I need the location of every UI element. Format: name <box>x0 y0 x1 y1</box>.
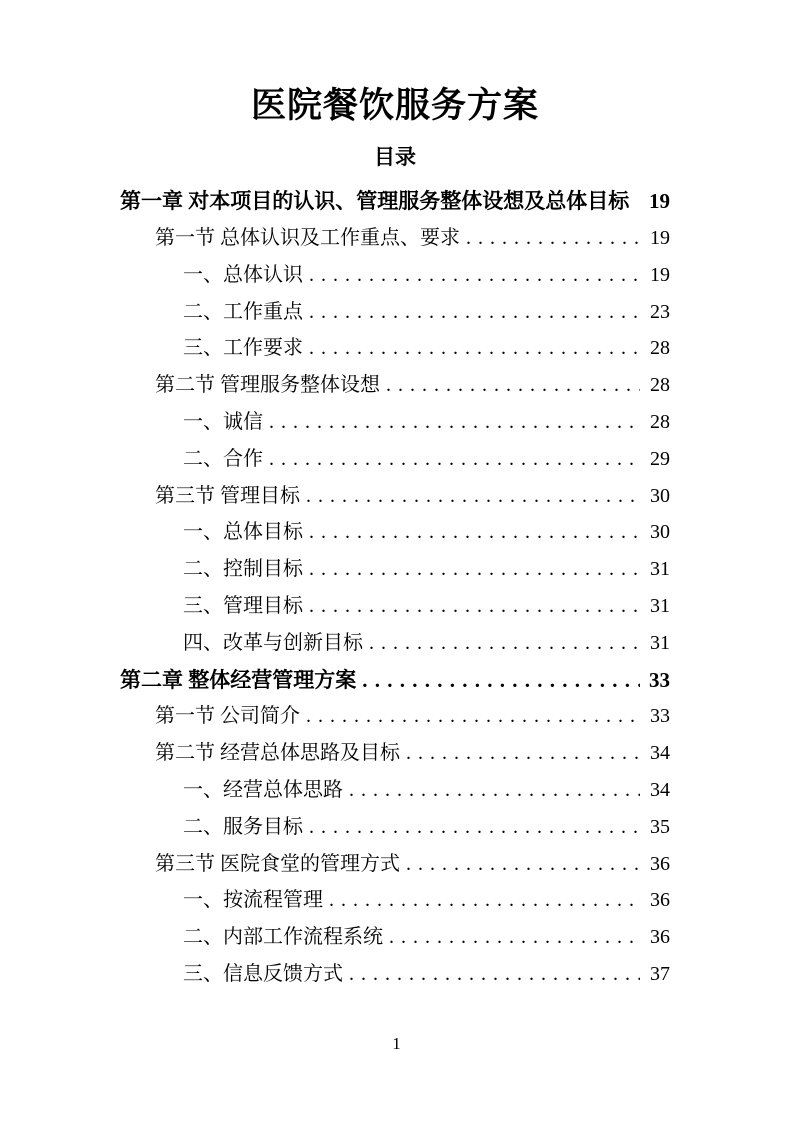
document-page: 医院餐饮服务方案 目录 第一章 对本项目的认识、管理服务整体设想及总体目标 19… <box>0 0 793 1122</box>
toc-row[interactable]: 二、内部工作流程系统 36 <box>120 919 670 956</box>
toc-entry-label: 二、工作重点 <box>183 294 303 331</box>
toc-row[interactable]: 一、总体目标 30 <box>120 514 670 551</box>
toc-dot-leader <box>269 441 640 478</box>
toc-row[interactable]: 二、服务目标 35 <box>120 809 670 846</box>
toc-row[interactable]: 第三节 医院食堂的管理方式 36 <box>120 846 670 883</box>
toc-row[interactable]: 一、按流程管理 36 <box>120 882 670 919</box>
toc-page-number: 36 <box>646 846 670 883</box>
toc-page-number: 33 <box>646 662 670 699</box>
toc-page-number: 29 <box>646 441 670 478</box>
toc-page-number: 19 <box>646 220 670 257</box>
toc-row[interactable]: 三、管理目标 31 <box>120 588 670 625</box>
toc-dot-leader <box>362 662 640 699</box>
toc-entry-label: 第三节 医院食堂的管理方式 <box>155 846 400 883</box>
toc-page-number: 19 <box>646 257 670 294</box>
toc-row[interactable]: 一、经营总体思路 34 <box>120 772 670 809</box>
toc-row[interactable]: 第二章 整体经营管理方案 33 <box>120 662 670 699</box>
toc-dot-leader <box>369 625 640 662</box>
toc-row[interactable]: 一、诚信 28 <box>120 404 670 441</box>
toc-row[interactable]: 第二节 管理服务整体设想 28 <box>120 367 670 404</box>
toc-page-number: 34 <box>646 772 670 809</box>
toc-entry-label: 三、信息反馈方式 <box>183 956 343 993</box>
toc-entry-label: 一、总体认识 <box>183 257 303 294</box>
toc-dot-leader <box>309 257 640 294</box>
table-of-contents: 第一章 对本项目的认识、管理服务整体设想及总体目标 19 第一节 总体认识及工作… <box>120 183 670 993</box>
toc-row[interactable]: 第三节 管理目标 30 <box>120 478 670 515</box>
toc-dot-leader <box>309 330 640 367</box>
toc-dot-leader <box>349 956 640 993</box>
toc-dot-leader <box>309 809 640 846</box>
toc-dot-leader <box>309 294 640 331</box>
toc-entry-label: 一、总体目标 <box>183 514 303 551</box>
toc-page-number: 31 <box>646 588 670 625</box>
toc-entry-label: 一、经营总体思路 <box>183 772 343 809</box>
toc-dot-leader <box>389 919 640 956</box>
toc-page-number: 36 <box>646 919 670 956</box>
footer-page-number: 1 <box>0 1034 793 1054</box>
toc-dot-leader <box>466 220 640 257</box>
toc-dot-leader <box>309 551 640 588</box>
toc-page-number: 28 <box>646 367 670 404</box>
toc-row[interactable]: 第一节 总体认识及工作重点、要求 19 <box>120 220 670 257</box>
toc-entry-label: 二、服务目标 <box>183 809 303 846</box>
toc-row[interactable]: 三、信息反馈方式 37 <box>120 956 670 993</box>
toc-entry-label: 一、诚信 <box>183 404 263 441</box>
toc-row[interactable]: 二、控制目标 31 <box>120 551 670 588</box>
toc-entry-label: 三、管理目标 <box>183 588 303 625</box>
toc-entry-label: 一、按流程管理 <box>183 882 323 919</box>
toc-dot-leader <box>349 772 640 809</box>
toc-row[interactable]: 一、总体认识 19 <box>120 257 670 294</box>
toc-heading: 目录 <box>120 141 670 171</box>
toc-page-number: 36 <box>646 882 670 919</box>
toc-dot-leader <box>306 698 640 735</box>
toc-dot-leader <box>269 404 640 441</box>
toc-page-number: 28 <box>646 404 670 441</box>
toc-entry-label: 第一章 对本项目的认识、管理服务整体设想及总体目标 <box>120 183 629 220</box>
toc-dot-leader <box>406 846 640 883</box>
toc-entry-label: 第三节 管理目标 <box>155 478 300 515</box>
toc-row[interactable]: 二、工作重点 23 <box>120 294 670 331</box>
toc-entry-label: 第一节 公司简介 <box>155 698 300 735</box>
toc-page-number: 35 <box>646 809 670 846</box>
toc-page-number: 31 <box>646 625 670 662</box>
toc-dot-leader <box>406 735 640 772</box>
toc-entry-label: 第二节 经营总体思路及目标 <box>155 735 400 772</box>
toc-page-number: 23 <box>646 294 670 331</box>
toc-entry-label: 三、工作要求 <box>183 330 303 367</box>
toc-dot-leader <box>386 367 640 404</box>
toc-page-number: 19 <box>646 183 670 220</box>
toc-page-number: 37 <box>646 956 670 993</box>
toc-dot-leader <box>309 588 640 625</box>
toc-page-number: 33 <box>646 698 670 735</box>
toc-entry-label: 二、控制目标 <box>183 551 303 588</box>
toc-dot-leader <box>329 882 640 919</box>
toc-row[interactable]: 二、合作 29 <box>120 441 670 478</box>
toc-entry-label: 二、内部工作流程系统 <box>183 919 383 956</box>
document-title: 医院餐饮服务方案 <box>120 86 670 126</box>
toc-row[interactable]: 第一节 公司简介 33 <box>120 698 670 735</box>
toc-entry-label: 第二章 整体经营管理方案 <box>120 662 356 699</box>
toc-entry-label: 第一节 总体认识及工作重点、要求 <box>155 220 460 257</box>
toc-dot-leader <box>309 514 640 551</box>
toc-entry-label: 第二节 管理服务整体设想 <box>155 367 380 404</box>
toc-row[interactable]: 四、改革与创新目标 31 <box>120 625 670 662</box>
toc-entry-label: 四、改革与创新目标 <box>183 625 363 662</box>
toc-row[interactable]: 第一章 对本项目的认识、管理服务整体设想及总体目标 19 <box>120 183 670 220</box>
toc-page-number: 28 <box>646 330 670 367</box>
toc-row[interactable]: 第二节 经营总体思路及目标 34 <box>120 735 670 772</box>
toc-page-number: 30 <box>646 514 670 551</box>
toc-row[interactable]: 三、工作要求 28 <box>120 330 670 367</box>
toc-page-number: 30 <box>646 478 670 515</box>
toc-entry-label: 二、合作 <box>183 441 263 478</box>
toc-page-number: 34 <box>646 735 670 772</box>
toc-dot-leader <box>306 478 640 515</box>
toc-page-number: 31 <box>646 551 670 588</box>
